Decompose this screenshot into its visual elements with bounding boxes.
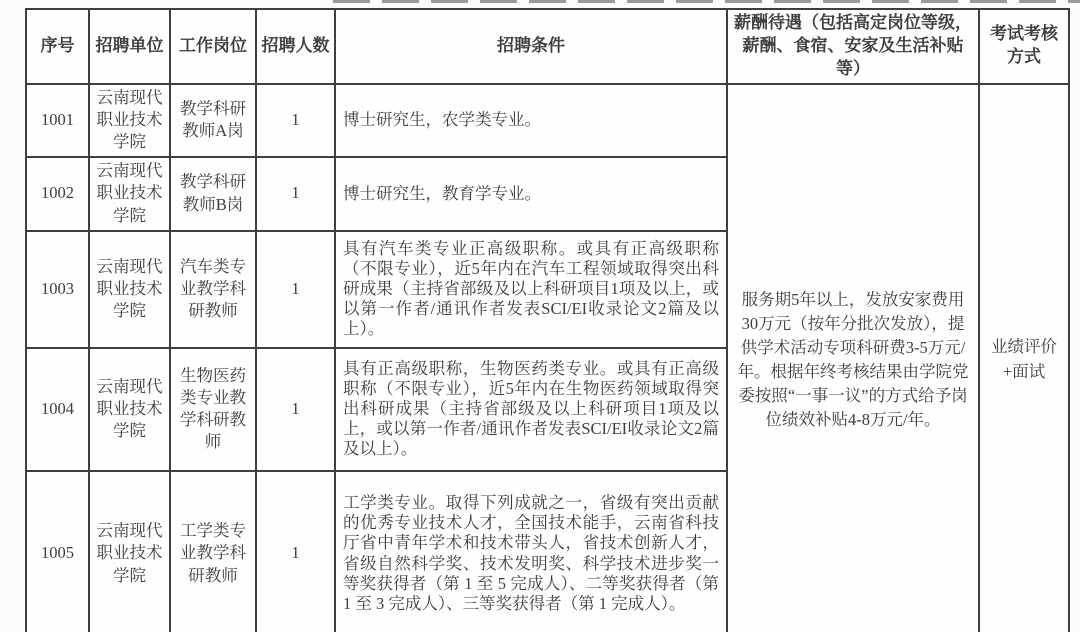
cell-requirements: 工学类专业。取得下列成就之一，省级有突出贡献的优秀专业技术人才，全国技术能手，云… (335, 471, 727, 632)
cell-position: 工学类专业教学科研教师 (170, 471, 256, 632)
header-assessment-method: 考试考核方式 (979, 9, 1069, 84)
cell-serial: 1005 (26, 471, 89, 632)
header-salary-benefits: 薪酬待遇（包括高定岗位等级，薪酬、食宿、安家及生活补贴等） (727, 9, 979, 84)
header-recruiting-unit: 招聘单位 (89, 9, 170, 84)
cell-requirements: 具有正高级职称，生物医药类专业。或具有正高级职称（不限专业），近5年内在生物医药… (335, 348, 727, 471)
cell-requirements: 具有汽车类专业正高级职称。或具有正高级职称（不限专业），近5年内在汽车工程领域取… (335, 231, 727, 348)
cell-serial: 1004 (26, 348, 89, 471)
cell-unit: 云南现代职业技术学院 (89, 231, 170, 348)
cell-headcount: 1 (256, 84, 335, 157)
cell-serial: 1003 (26, 231, 89, 348)
cell-headcount: 1 (256, 231, 335, 348)
header-row: 序号 招聘单位 工作岗位 招聘人数 招聘条件 薪酬待遇（包括高定岗位等级，薪酬、… (26, 9, 1069, 84)
table-row-1001: 1001 云南现代职业技术学院 教学科研教师A岗 1 博士研究生，农学类专业。 … (26, 84, 1069, 157)
cell-serial: 1002 (26, 157, 89, 231)
header-headcount: 招聘人数 (256, 9, 335, 84)
cell-serial: 1001 (26, 84, 89, 157)
header-serial-number: 序号 (26, 9, 89, 84)
cell-unit: 云南现代职业技术学院 (89, 348, 170, 471)
cell-headcount: 1 (256, 157, 335, 231)
cell-assessment-method: 业绩评价+面试 (979, 84, 1069, 632)
cropped-row-remnant-line (333, 0, 1080, 3)
cell-headcount: 1 (256, 348, 335, 471)
recruitment-table-page: 序号 招聘单位 工作岗位 招聘人数 招聘条件 薪酬待遇（包括高定岗位等级，薪酬、… (0, 0, 1080, 632)
cell-requirements: 博士研究生，教育学专业。 (335, 157, 727, 231)
cell-unit: 云南现代职业技术学院 (89, 157, 170, 231)
cell-position: 汽车类专业教学科研教师 (170, 231, 256, 348)
header-requirements: 招聘条件 (335, 9, 727, 84)
cell-position: 教学科研教师B岗 (170, 157, 256, 231)
cell-unit: 云南现代职业技术学院 (89, 471, 170, 632)
cell-requirements: 博士研究生，农学类专业。 (335, 84, 727, 157)
cell-headcount: 1 (256, 471, 335, 632)
cell-position: 生物医药类专业教学科研教师 (170, 348, 256, 471)
header-job-position: 工作岗位 (170, 9, 256, 84)
recruitment-table: 序号 招聘单位 工作岗位 招聘人数 招聘条件 薪酬待遇（包括高定岗位等级，薪酬、… (25, 8, 1070, 632)
cell-position: 教学科研教师A岗 (170, 84, 256, 157)
cell-salary-benefits: 服务期5年以上，发放安家费用30万元（按年分批次发放），提供学术活动专项科研费3… (727, 84, 979, 632)
cell-unit: 云南现代职业技术学院 (89, 84, 170, 157)
